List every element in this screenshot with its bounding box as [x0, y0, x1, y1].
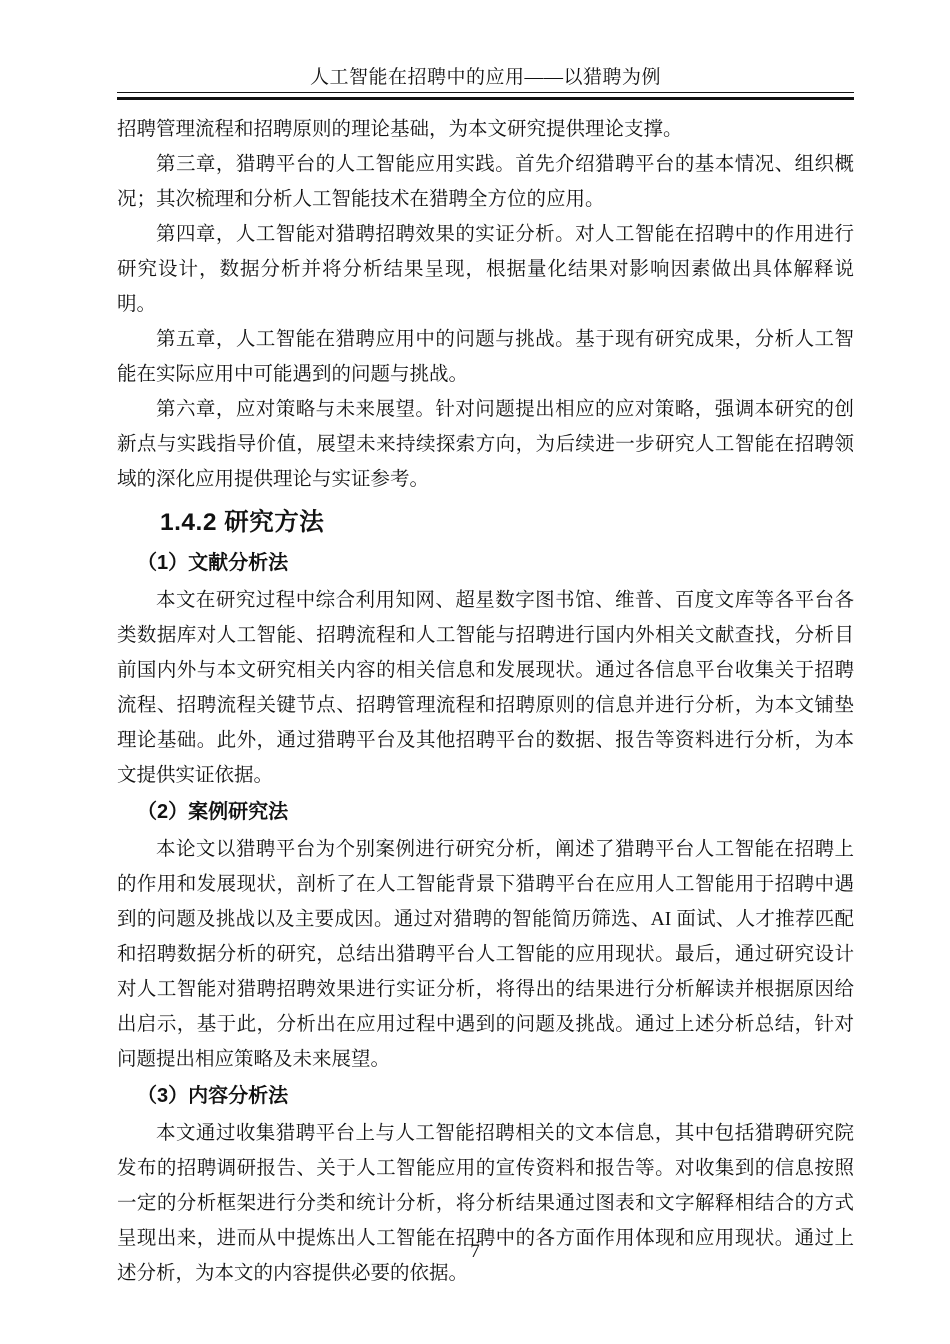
page-header: 人工智能在招聘中的应用——以猎聘为例 — [117, 66, 854, 100]
page-number: 7 — [470, 1241, 480, 1262]
subheading-method-2: （2）案例研究法 — [117, 794, 854, 831]
paragraph-method-1: 本文在研究过程中综合利用知网、超星数字图书馆、维普、百度文库等各平台各类数据库对… — [117, 583, 854, 793]
paragraph-method-3: 本文通过收集猎聘平台上与人工智能招聘相关的文本信息，其中包括猎聘研究院发布的招聘… — [117, 1116, 854, 1291]
paragraph-chapter3: 第三章，猎聘平台的人工智能应用实践。首先介绍猎聘平台的基本情况、组织概况；其次梳… — [117, 147, 854, 217]
page-footer: 7 — [0, 1240, 950, 1264]
subheading-method-1: （1）文献分析法 — [117, 545, 854, 582]
document-page: 人工智能在招聘中的应用——以猎聘为例 招聘管理流程和招聘原则的理论基础，为本文研… — [0, 0, 950, 1344]
subheading-method-3: （3）内容分析法 — [117, 1078, 854, 1115]
paragraph-chapter5: 第五章，人工智能在猎聘应用中的问题与挑战。基于现有研究成果，分析人工智能在实际应… — [117, 322, 854, 392]
paragraph-method-2: 本论文以猎聘平台为个别案例进行研究分析，阐述了猎聘平台人工智能在招聘上的作用和发… — [117, 832, 854, 1077]
paragraph-chapter4: 第四章，人工智能对猎聘招聘效果的实证分析。对人工智能在招聘中的作用进行研究设计，… — [117, 217, 854, 322]
page-body: 招聘管理流程和招聘原则的理论基础，为本文研究提供理论支撑。 第三章，猎聘平台的人… — [117, 112, 854, 1291]
section-heading-1-4-2: 1.4.2 研究方法 — [117, 504, 854, 542]
header-double-rule — [117, 97, 854, 100]
paragraph-chapter6: 第六章，应对策略与未来展望。针对问题提出相应的应对策略，强调本研究的创新点与实践… — [117, 392, 854, 497]
running-header-title: 人工智能在招聘中的应用——以猎聘为例 — [117, 66, 854, 93]
paragraph-intro-continuation: 招聘管理流程和招聘原则的理论基础，为本文研究提供理论支撑。 — [117, 112, 854, 147]
